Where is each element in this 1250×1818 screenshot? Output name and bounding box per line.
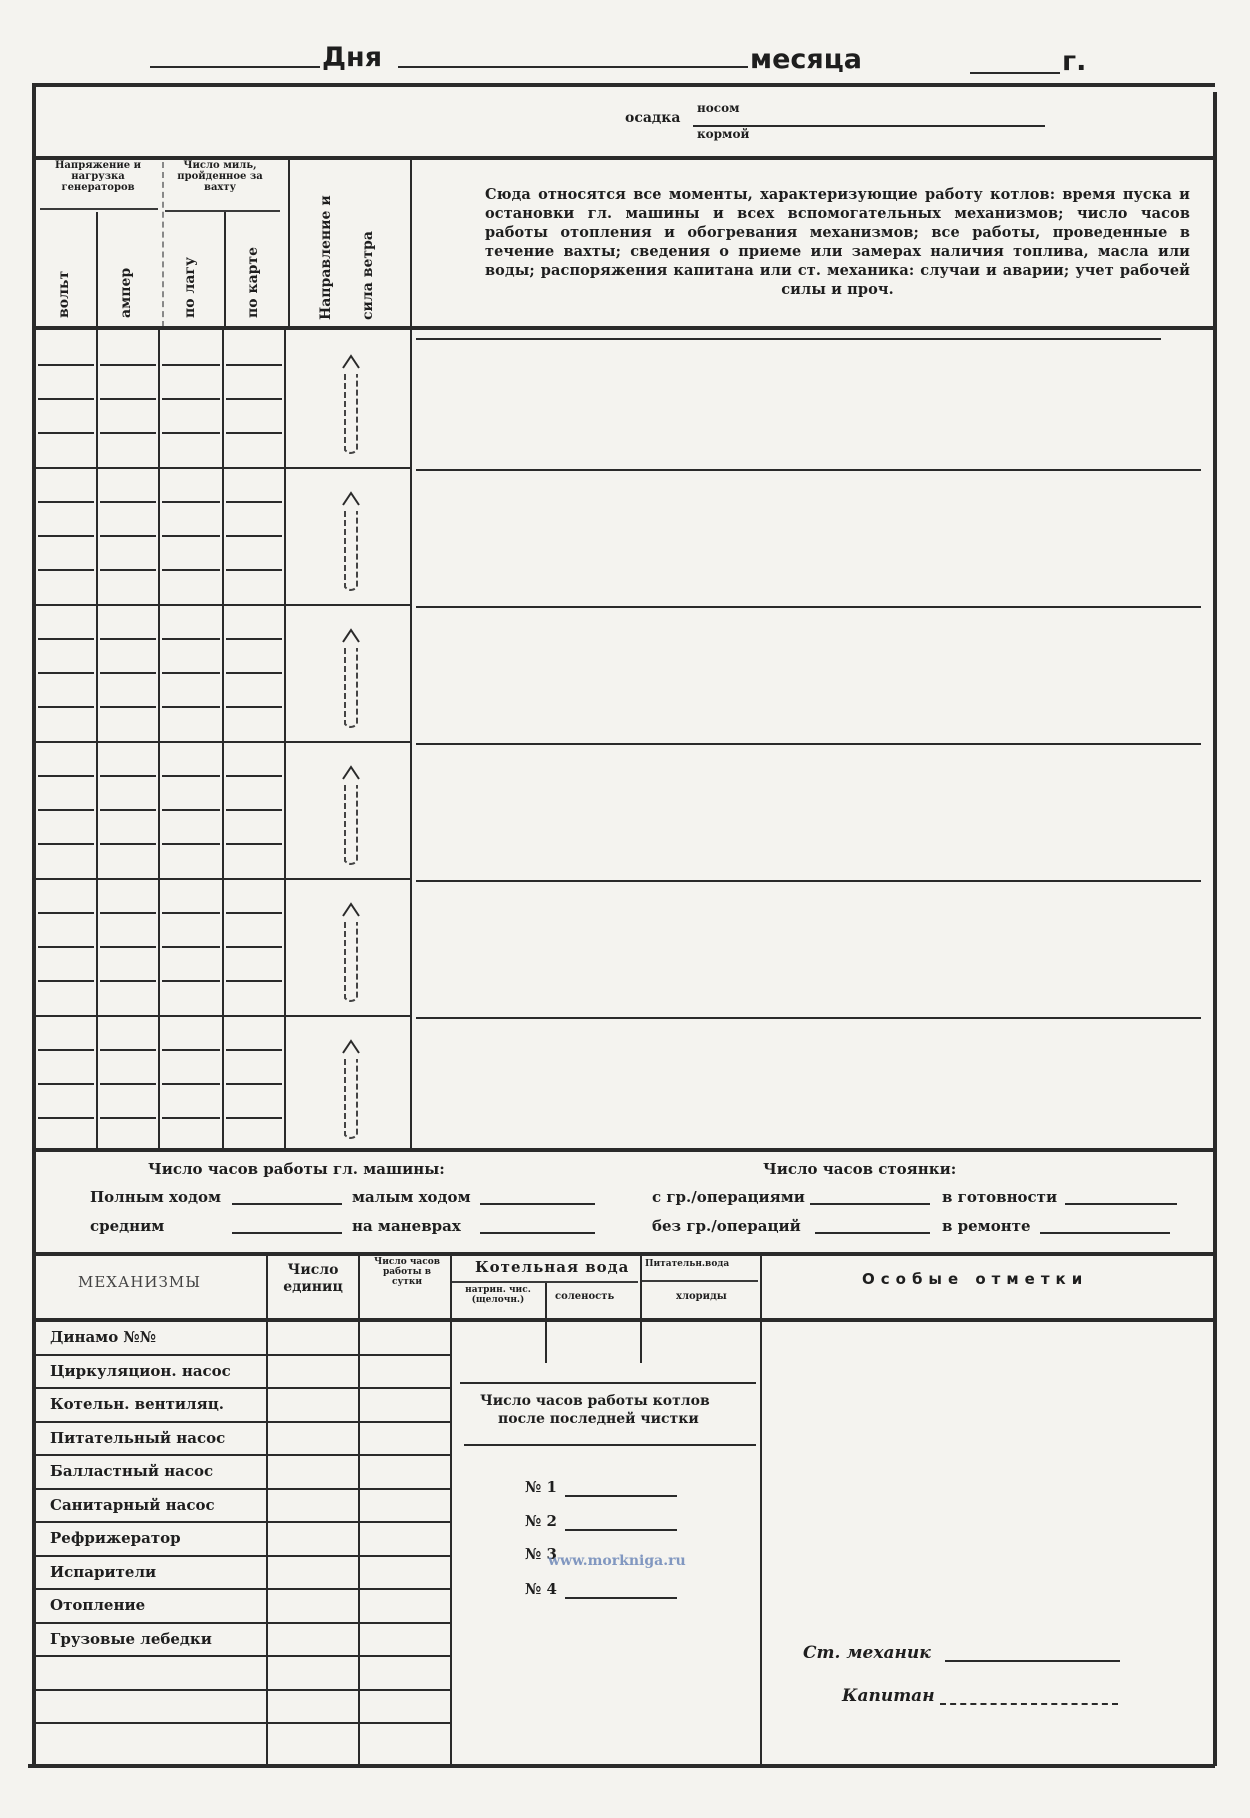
- boiler-1-label: № 1: [525, 1478, 557, 1496]
- mechanism-row-line[interactable]: [36, 1588, 450, 1590]
- mechanism-name: Динамо №№: [50, 1328, 156, 1346]
- watch-notes-line[interactable]: [416, 1017, 1201, 1019]
- boiler-hours-title-2: после последней чистки: [498, 1411, 699, 1427]
- log-cell-line[interactable]: [38, 912, 94, 914]
- special-notes-header: Особые отметки: [862, 1270, 1088, 1288]
- boiler-box-bottom-rule: [464, 1444, 756, 1446]
- ampere-header: ампер: [118, 268, 134, 318]
- generator-group-header: Напряжение и нагрузка генераторов: [48, 160, 148, 193]
- log-cell-line[interactable]: [100, 912, 156, 914]
- col-sep-volt-amp-head: [96, 212, 98, 327]
- log-cell-line[interactable]: [226, 775, 282, 777]
- log-cell-line[interactable]: [38, 672, 94, 674]
- log-cell-line[interactable]: [162, 569, 220, 571]
- watch-block-divider: [36, 741, 410, 743]
- frame-bottom: [28, 1764, 1215, 1768]
- low-speed-label: малым ходом: [352, 1188, 471, 1206]
- wind-direction-arrow-icon: [338, 350, 358, 466]
- log-cell-line[interactable]: [38, 432, 94, 434]
- log-cell-line[interactable]: [162, 946, 220, 948]
- with-cargo-label: с гр./операциями: [652, 1188, 805, 1206]
- boiler-2-label: № 2: [525, 1512, 557, 1530]
- log-cell-line[interactable]: [226, 535, 282, 537]
- month-field[interactable]: [398, 42, 748, 68]
- log-cell-line[interactable]: [162, 1117, 220, 1119]
- boiler-4-label: № 4: [525, 1580, 557, 1598]
- log-cell-line[interactable]: [162, 638, 220, 640]
- hours-col-header: Число часов работы в сутки: [372, 1257, 442, 1287]
- log-cell-line[interactable]: [38, 980, 94, 982]
- log-cell-line[interactable]: [162, 398, 220, 400]
- mech-col-sep-3: [450, 1255, 452, 1765]
- col-sep-chart-wind-head: [288, 160, 290, 330]
- log-cell-line[interactable]: [100, 638, 156, 640]
- watch-notes-line[interactable]: [416, 338, 1161, 340]
- log-cell-line[interactable]: [100, 1117, 156, 1119]
- log-cell-line[interactable]: [38, 775, 94, 777]
- mech-col-sep-6: [760, 1255, 762, 1765]
- maneuvers-field[interactable]: [480, 1232, 595, 1234]
- log-cell-line[interactable]: [226, 1117, 282, 1119]
- mechanism-row-line[interactable]: [36, 1488, 450, 1490]
- log-cell-line[interactable]: [100, 398, 156, 400]
- log-cell-line[interactable]: [162, 672, 220, 674]
- log-cell-line[interactable]: [100, 809, 156, 811]
- log-cell-line[interactable]: [226, 706, 282, 708]
- log-cell-line[interactable]: [226, 843, 282, 845]
- log-cell-line[interactable]: [162, 775, 220, 777]
- log-cell-line[interactable]: [226, 1049, 282, 1051]
- log-cell-line[interactable]: [162, 1083, 220, 1085]
- year-field[interactable]: [970, 48, 1060, 74]
- hours-top-rule: [32, 1148, 1215, 1152]
- log-cell-line[interactable]: [162, 706, 220, 708]
- mechanism-row-line[interactable]: [36, 1454, 450, 1456]
- log-cell-line[interactable]: [226, 946, 282, 948]
- mechanism-row-line[interactable]: [36, 1387, 450, 1389]
- mechanism-name: Отопление: [50, 1596, 145, 1614]
- log-cell-line[interactable]: [38, 501, 94, 503]
- log-cell-line[interactable]: [226, 432, 282, 434]
- miles-group-rule: [165, 210, 280, 212]
- wind-direction-arrow-icon: [338, 487, 358, 603]
- grid-col-sep-5: [410, 330, 412, 1150]
- mechanism-name: Циркуляцион. насос: [50, 1362, 231, 1380]
- col-sep-amp-log-head: [162, 162, 164, 327]
- with-cargo-field[interactable]: [810, 1203, 930, 1205]
- mechanisms-col-header: МЕХАНИЗМЫ: [78, 1273, 201, 1291]
- chief-engineer-label: Ст. механик: [803, 1643, 931, 1663]
- day-field[interactable]: [150, 42, 320, 68]
- log-cell-line[interactable]: [100, 946, 156, 948]
- chief-engineer-signature-field[interactable]: [945, 1660, 1120, 1662]
- full-speed-label: Полным ходом: [90, 1188, 221, 1206]
- log-cell-line[interactable]: [38, 706, 94, 708]
- watch-notes-line[interactable]: [416, 606, 1201, 608]
- maneuvers-label: на маневрах: [352, 1217, 461, 1235]
- frame-left: [32, 83, 36, 1766]
- ready-label: в готовности: [942, 1188, 1057, 1206]
- frame-right: [1213, 92, 1217, 1766]
- log-cell-line[interactable]: [226, 980, 282, 982]
- watch-notes-line[interactable]: [416, 743, 1201, 745]
- volt-header: вольт: [56, 271, 72, 318]
- log-cell-line[interactable]: [100, 775, 156, 777]
- grid-col-sep-3: [222, 330, 224, 1150]
- log-cell-line[interactable]: [38, 843, 94, 845]
- mechanism-row-line[interactable]: [36, 1655, 450, 1657]
- log-cell-line[interactable]: [162, 980, 220, 982]
- mechanism-row-line[interactable]: [36, 1421, 450, 1423]
- units-col-header: Число единиц: [272, 1262, 354, 1296]
- draft-field[interactable]: [693, 125, 1045, 127]
- log-cell-line[interactable]: [100, 843, 156, 845]
- month-label: месяца: [750, 44, 862, 75]
- mechanism-row-line[interactable]: [36, 1555, 450, 1557]
- by-chart-header: по карте: [245, 247, 261, 318]
- log-cell-line[interactable]: [38, 1049, 94, 1051]
- log-cell-line[interactable]: [162, 912, 220, 914]
- log-cell-line[interactable]: [226, 364, 282, 366]
- log-cell-line[interactable]: [100, 1049, 156, 1051]
- log-cell-line[interactable]: [226, 809, 282, 811]
- log-cell-line[interactable]: [38, 1117, 94, 1119]
- log-cell-line[interactable]: [162, 1049, 220, 1051]
- boiler-hours-title-1: Число часов работы котлов: [480, 1393, 710, 1409]
- log-cell-line[interactable]: [226, 398, 282, 400]
- captain-label: Капитан: [842, 1686, 935, 1706]
- feed-water-rule: [642, 1280, 758, 1282]
- feed-water-header: Питательн.вода: [645, 1259, 729, 1270]
- wind-header-2: сила ветра: [360, 231, 376, 320]
- instructions-text: Сюда относятся все моменты, характеризую…: [485, 185, 1190, 299]
- boiler-4-field[interactable]: [565, 1597, 677, 1599]
- log-cell-line[interactable]: [38, 398, 94, 400]
- log-cell-line[interactable]: [162, 843, 220, 845]
- boiler-2-field[interactable]: [565, 1529, 677, 1531]
- col-sep-wind-text-head: [410, 160, 412, 330]
- mechanism-row-line[interactable]: [36, 1354, 450, 1356]
- mechanisms-top-rule: [32, 1252, 1215, 1256]
- log-cell-line[interactable]: [162, 432, 220, 434]
- mechanism-name: Котельн. вентиляц.: [50, 1395, 224, 1413]
- repair-field[interactable]: [1040, 1232, 1170, 1234]
- log-header-bottom-rule: [32, 326, 1215, 330]
- idle-hours-title: Число часов стоянки:: [763, 1160, 956, 1178]
- miles-group-header: Число миль, пройденное за вахту: [170, 160, 270, 193]
- log-cell-line[interactable]: [38, 364, 94, 366]
- log-cell-line[interactable]: [100, 501, 156, 503]
- generator-group-rule: [40, 208, 158, 210]
- log-cell-line[interactable]: [38, 946, 94, 948]
- mechanism-row-line[interactable]: [36, 1689, 450, 1691]
- chlorides-header: хлориды: [676, 1291, 727, 1302]
- mechanism-name: Питательный насос: [50, 1429, 225, 1447]
- draft-label: осадка: [625, 110, 680, 126]
- mechanism-name: Балластный насос: [50, 1462, 213, 1480]
- low-speed-field[interactable]: [480, 1203, 595, 1205]
- log-cell-line[interactable]: [100, 672, 156, 674]
- full-speed-field[interactable]: [232, 1203, 342, 1205]
- watch-block-divider: [36, 604, 410, 606]
- wind-header: Направление и: [318, 195, 334, 320]
- grid-col-sep-2: [158, 330, 160, 1150]
- mechanisms-header-bottom-rule: [32, 1318, 1215, 1322]
- alkalinity-header: натрин. чис. (щелочн.): [452, 1285, 544, 1305]
- mechanism-row-line[interactable]: [36, 1521, 450, 1523]
- ready-field[interactable]: [1065, 1203, 1177, 1205]
- mech-col-sep-5: [640, 1255, 642, 1363]
- salinity-header: соленость: [555, 1291, 614, 1302]
- mechanism-name: Рефрижератор: [50, 1529, 181, 1547]
- log-cell-line[interactable]: [226, 638, 282, 640]
- boiler-box-top-rule: [460, 1382, 756, 1384]
- captain-signature-field[interactable]: [940, 1703, 1118, 1705]
- medium-speed-label: средним: [90, 1217, 164, 1235]
- wind-direction-arrow-icon: [338, 1035, 358, 1151]
- mechanism-name: Испарители: [50, 1563, 156, 1581]
- grid-col-sep-1: [96, 330, 98, 1150]
- log-cell-line[interactable]: [162, 501, 220, 503]
- log-cell-line[interactable]: [100, 432, 156, 434]
- watch-block-divider: [36, 878, 410, 880]
- by-log-header: по лагу: [182, 257, 198, 318]
- log-cell-line[interactable]: [100, 706, 156, 708]
- log-cell-line[interactable]: [100, 535, 156, 537]
- log-cell-line[interactable]: [162, 535, 220, 537]
- mechanism-row-line[interactable]: [36, 1722, 450, 1724]
- watermark: www.morkniga.ru: [548, 1553, 686, 1569]
- log-cell-line[interactable]: [100, 364, 156, 366]
- mech-col-sep-4: [545, 1283, 547, 1363]
- log-cell-line[interactable]: [162, 364, 220, 366]
- year-label: г.: [1062, 46, 1086, 77]
- log-cell-line[interactable]: [100, 1083, 156, 1085]
- day-label: Дня: [322, 42, 382, 73]
- mechanism-name: Санитарный насос: [50, 1496, 215, 1514]
- log-cell-line[interactable]: [226, 1083, 282, 1085]
- boiler-water-header: Котельная вода: [475, 1258, 629, 1276]
- without-cargo-label: без гр./операций: [652, 1217, 801, 1235]
- log-cell-line[interactable]: [162, 809, 220, 811]
- wind-direction-arrow-icon: [338, 761, 358, 877]
- watch-notes-line[interactable]: [416, 469, 1201, 471]
- log-cell-line[interactable]: [38, 638, 94, 640]
- col-sep-log-chart-head: [224, 212, 226, 327]
- log-cell-line[interactable]: [226, 672, 282, 674]
- draft-stern-label: кормой: [697, 127, 749, 141]
- medium-speed-field[interactable]: [232, 1232, 342, 1234]
- watch-block-divider: [36, 1015, 410, 1017]
- log-cell-line[interactable]: [38, 1083, 94, 1085]
- main-engine-hours-title: Число часов работы гл. машины:: [148, 1160, 445, 1178]
- repair-label: в ремонте: [942, 1217, 1031, 1235]
- wind-direction-arrow-icon: [338, 898, 358, 1014]
- without-cargo-field[interactable]: [815, 1232, 930, 1234]
- log-cell-line[interactable]: [38, 569, 94, 571]
- draft-bow-label: носом: [697, 101, 740, 115]
- log-cell-line[interactable]: [100, 569, 156, 571]
- mechanism-name: Грузовые лебедки: [50, 1630, 212, 1648]
- log-cell-line[interactable]: [226, 912, 282, 914]
- boiler-1-field[interactable]: [565, 1495, 677, 1497]
- log-cell-line[interactable]: [38, 535, 94, 537]
- log-cell-line[interactable]: [226, 501, 282, 503]
- log-cell-line[interactable]: [38, 809, 94, 811]
- watch-block-divider: [36, 467, 410, 469]
- log-cell-line[interactable]: [226, 569, 282, 571]
- frame-top: [32, 83, 1215, 87]
- grid-col-sep-4: [284, 330, 286, 1150]
- watch-notes-line[interactable]: [416, 880, 1201, 882]
- wind-direction-arrow-icon: [338, 624, 358, 740]
- log-cell-line[interactable]: [100, 980, 156, 982]
- mechanism-row-line[interactable]: [36, 1622, 450, 1624]
